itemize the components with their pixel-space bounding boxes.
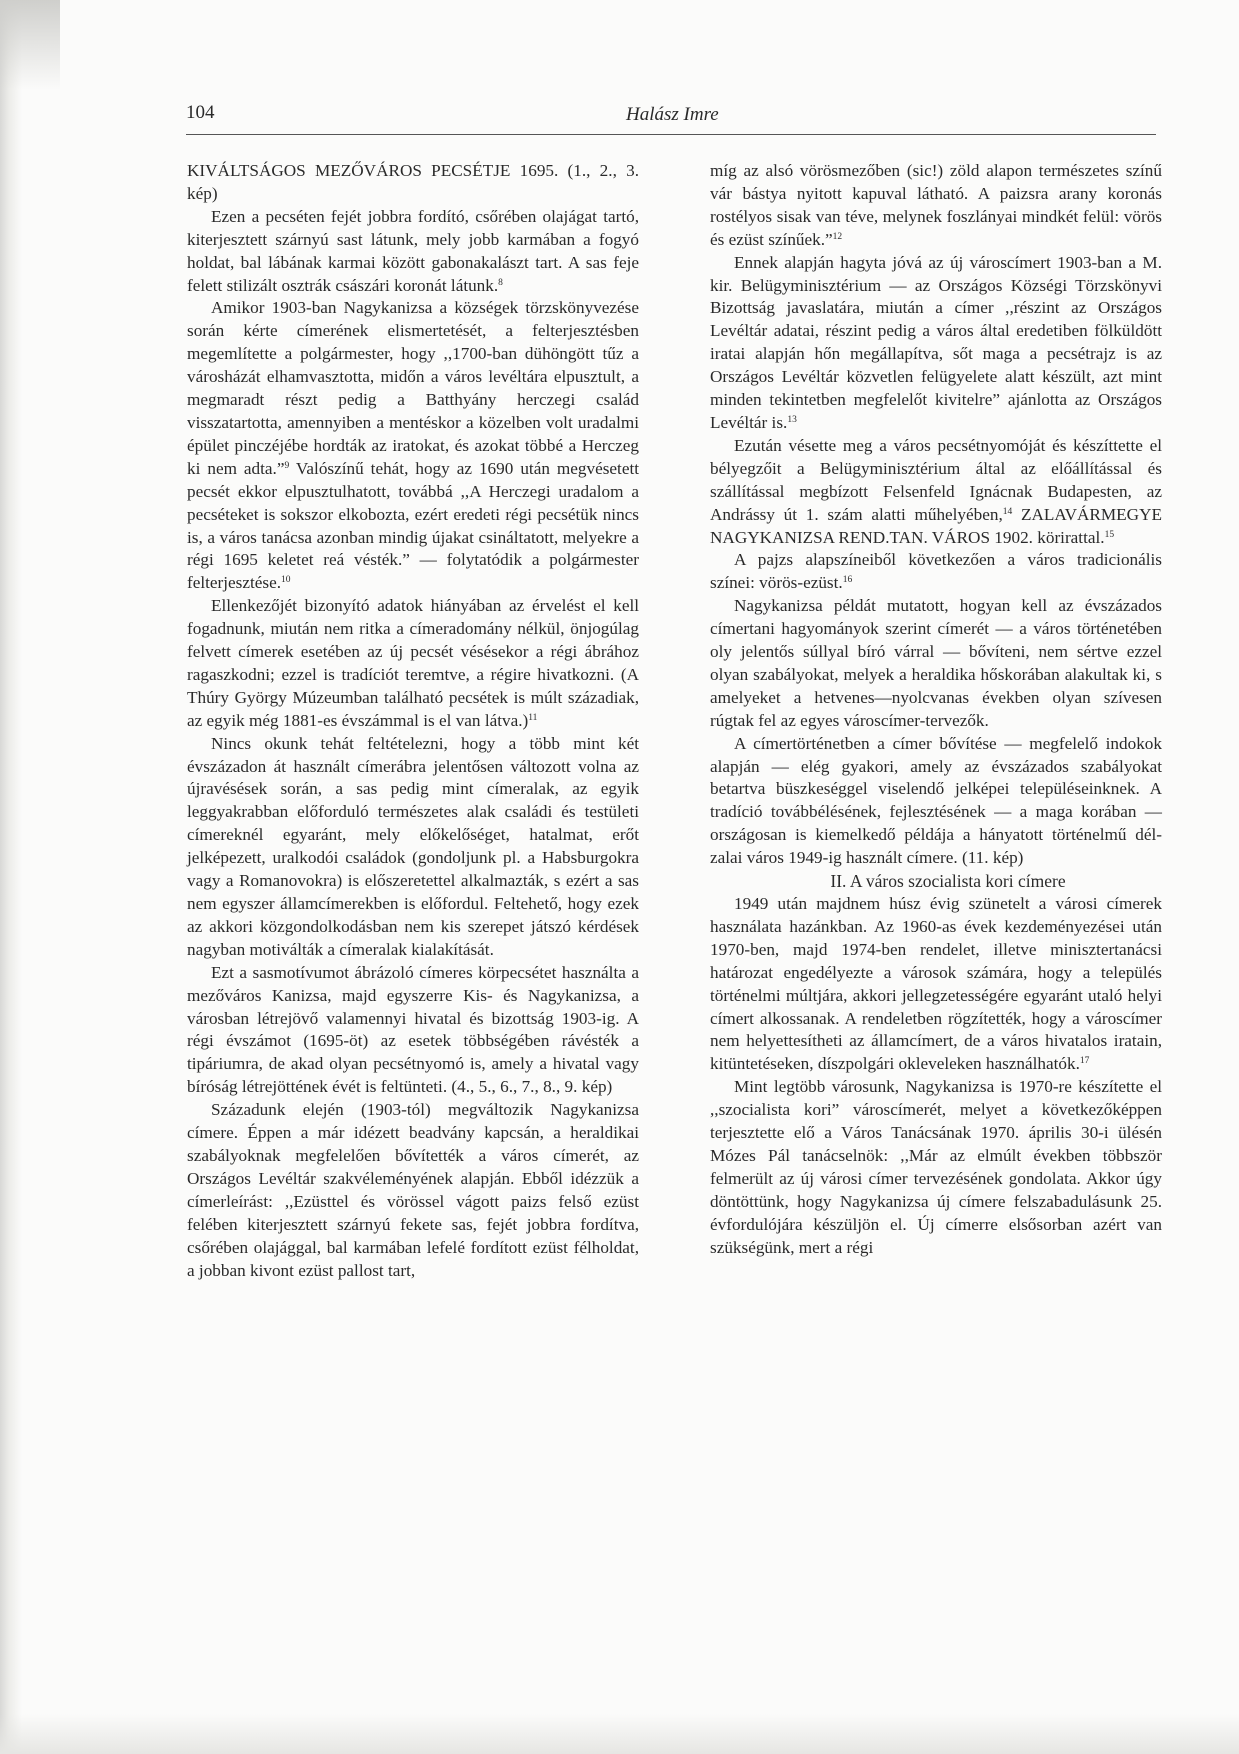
footnote-ref: 10 xyxy=(281,575,291,585)
paragraph: Ezt a sasmotívumot ábrázoló címeres körp… xyxy=(187,962,639,1099)
scan-shadow-top xyxy=(0,0,60,90)
paragraph: 1949 után majdnem húsz évig szünetelt a … xyxy=(710,893,1162,1076)
page-number: 104 xyxy=(186,102,215,124)
paragraph: míg az alsó vörösmezőben (sic!) zöld ala… xyxy=(710,160,1162,252)
paragraph: Ellenkezőjét bizonyító adatok hiányában … xyxy=(187,595,639,732)
paragraph: Nagykanizsa példát mutatott, hogyan kell… xyxy=(710,595,1162,732)
footnote-ref: 11 xyxy=(528,713,537,723)
section-title: II. A város szocialista kori címere xyxy=(710,870,1162,893)
paragraph: A pajzs alapszíneiből következően a váro… xyxy=(710,549,1162,595)
scan-shadow-bottom xyxy=(0,1714,1239,1754)
paragraph: Ennek alapján hagyta jóvá az új városcím… xyxy=(710,252,1162,435)
paragraph: Nincs okunk tehát feltételezni, hogy a t… xyxy=(187,733,639,962)
footnote-ref: 13 xyxy=(787,415,797,425)
footnote-ref: 15 xyxy=(1105,530,1115,540)
scan-shadow-left xyxy=(0,0,22,1754)
footnote-ref: 14 xyxy=(1003,507,1013,517)
paragraph: Amikor 1903-ban Nagykanizsa a községek t… xyxy=(187,297,639,595)
footnote-ref: 16 xyxy=(843,575,853,585)
paragraph: Mint legtöbb városunk, Nagykanizsa is 19… xyxy=(710,1076,1162,1259)
footnote-ref: 12 xyxy=(833,232,843,242)
paragraph: A címertörténetben a címer bővítése — me… xyxy=(710,733,1162,870)
paragraph: Ezen a pecséten fejét jobbra fordító, cs… xyxy=(187,206,639,298)
running-author: Halász Imre xyxy=(626,104,719,126)
paragraph: Századunk elején (1903-tól) megváltozik … xyxy=(187,1099,639,1282)
paragraph: Ezután vésette meg a város pecsétnyomójá… xyxy=(710,435,1162,550)
seal-heading: KIVÁLTSÁGOS MEZŐVÁROS PECSÉTJE 1695. (1.… xyxy=(187,160,639,206)
running-header: 104 Halász Imre xyxy=(186,102,1156,135)
left-column: KIVÁLTSÁGOS MEZŐVÁROS PECSÉTJE 1695. (1.… xyxy=(187,160,639,1282)
footnote-ref: 17 xyxy=(1080,1056,1090,1066)
right-column: míg az alsó vörösmezőben (sic!) zöld ala… xyxy=(710,160,1162,1260)
footnote-ref: 8 xyxy=(498,278,503,288)
